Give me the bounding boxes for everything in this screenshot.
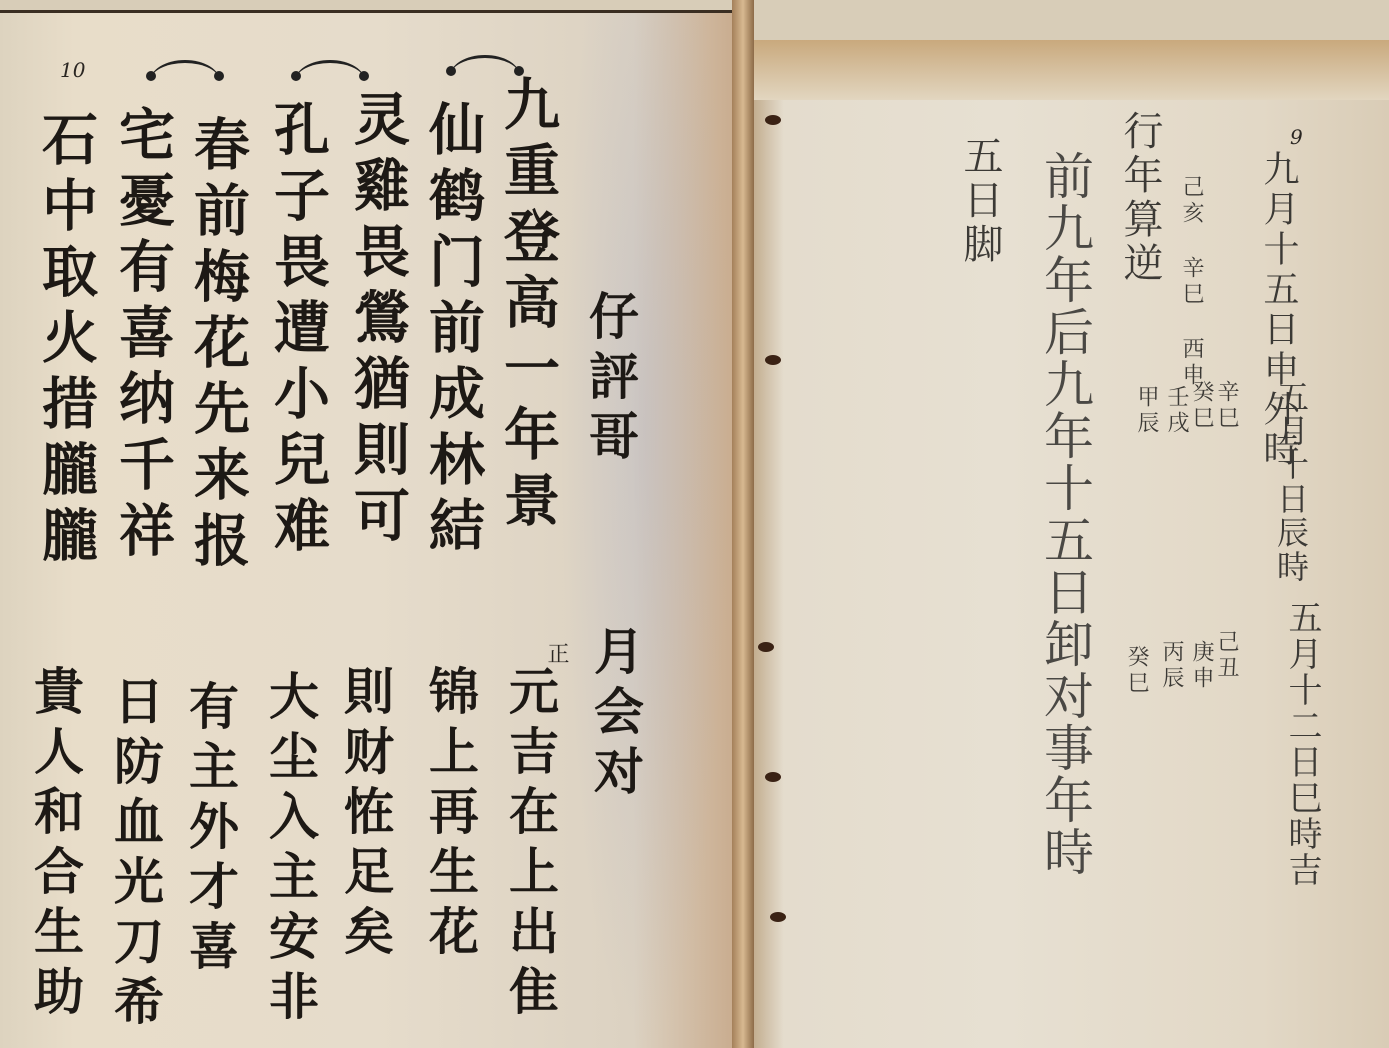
stem-branch-note: 壬戌: [1165, 385, 1187, 437]
binding-hole: [758, 642, 774, 652]
binding-hole: [765, 355, 781, 365]
stem-branch-note: 辛巳: [1215, 380, 1237, 432]
annotation-mark: [150, 60, 220, 103]
main-pencil-column: 前九年后九年十五日卸对事年時: [1040, 150, 1090, 878]
stem-branch-note: 己亥 辛巳 西申: [1180, 175, 1202, 389]
verse-column: 元吉在上出隹: [505, 665, 555, 1025]
binding-hole: [765, 772, 781, 782]
verse-column: 宅憂有喜纳千祥: [115, 105, 171, 567]
verse-column: 則财恠足矣: [340, 665, 390, 965]
title-column: 行年算逆: [1120, 110, 1160, 286]
stem-branch-note: 癸巳: [1125, 645, 1147, 697]
book-spine: [732, 0, 754, 1048]
binding-hole: [765, 115, 781, 125]
verse-column: 灵雞畏鶯猶則可: [350, 90, 406, 552]
right-page-top-edge: [745, 40, 1389, 100]
right-page-number: 9: [1290, 125, 1303, 149]
verse-column: 石中取火措朧朧: [38, 110, 94, 572]
date-column: 五月十二日巳時吉: [1285, 600, 1319, 888]
corner-note: 五日脚: [960, 135, 1000, 267]
verse-column: 孔子畏遭小兒难: [270, 100, 326, 562]
verse-column: 大尘入主安非: [265, 670, 315, 1030]
stem-branch-note: 庚申: [1190, 640, 1212, 692]
verse-column: 九重登高一年景: [500, 75, 556, 537]
stem-branch-note: 癸巳: [1190, 380, 1212, 432]
verse-column: 仙鹤门前成林結: [425, 100, 481, 562]
heading-column: 月会对: [590, 625, 640, 805]
stem-branch-note: 己丑: [1215, 630, 1237, 682]
page-number: 10: [60, 58, 85, 82]
verse-column: 貴人和合生助: [30, 665, 80, 1025]
verse-column: 锦上再生花: [425, 665, 475, 965]
stem-branch-note: 丙辰: [1160, 640, 1182, 692]
verse-column: 春前梅花先来报: [190, 115, 246, 577]
verse-column: 日防血光刀希: [110, 675, 160, 1035]
heading-column: 仔評哥: [585, 290, 635, 470]
binding-hole: [770, 912, 786, 922]
verse-column: 有主外才喜: [185, 680, 235, 980]
date-column: 五月十日辰時: [1275, 380, 1307, 584]
stem-branch-note: 甲辰: [1135, 385, 1157, 437]
